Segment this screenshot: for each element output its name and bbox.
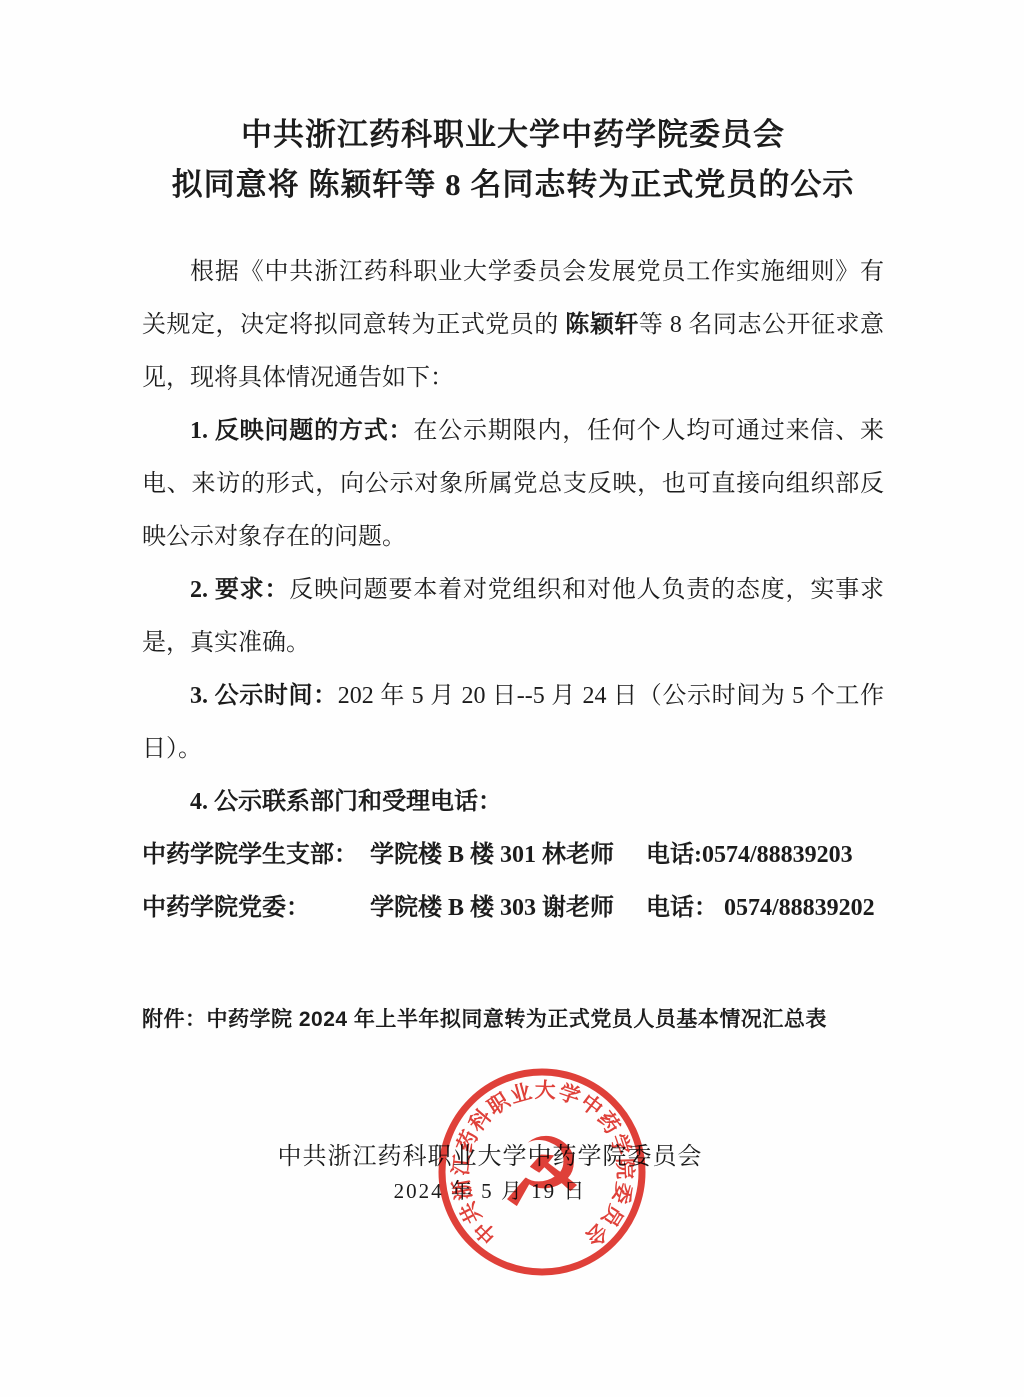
- item-3-paragraph: 3. 公示时间：202 年 5 月 20 日--5 月 24 日（公示时间为 5…: [142, 670, 884, 776]
- item-3-label: 3. 公示时间：: [190, 683, 338, 709]
- document-title-line1: 中共浙江药科职业大学中药学院委员会: [142, 110, 884, 160]
- contact-phone: 电话:0574/88839203: [646, 829, 884, 882]
- document-page: 中共浙江药科职业大学中药学院委员会 拟同意将 陈颖轩等 8 名同志转为正式党员的…: [0, 0, 1024, 1397]
- signature-block: 中共浙江药科职业大学中药学院委员会 2024 年 5 月 19 日: [190, 1140, 790, 1208]
- contact-location: 学院楼 B 楼 303 谢老师: [370, 882, 646, 935]
- item-1-paragraph: 1. 反映问题的方式：在公示期限内，任何个人均可通过来信、来电、来访的形式，向公…: [142, 405, 884, 564]
- contact-row-student-branch: 中药学院学生支部： 学院楼 B 楼 301 林老师 电话:0574/888392…: [142, 829, 884, 882]
- item-4-label: 4. 公示联系部门和受理电话：: [190, 789, 502, 815]
- contact-department: 中药学院学生支部：: [142, 829, 370, 882]
- document-body: 根据《中共浙江药科职业大学委员会发展党员工作实施细则》有关规定，决定将拟同意转为…: [142, 246, 884, 1035]
- attachment-note: 附件：中药学院 2024 年上半年拟同意转为正式党员人员基本情况汇总表: [142, 1005, 884, 1035]
- item-2-paragraph: 2. 要求：反映问题要本着对党组织和对他人负责的态度，实事求是，真实准确。: [142, 564, 884, 670]
- contact-location: 学院楼 B 楼 301 林老师: [370, 829, 646, 882]
- contact-row-party-committee: 中药学院党委： 学院楼 B 楼 303 谢老师 电话： 0574/8883920…: [142, 882, 884, 935]
- document-content: 中共浙江药科职业大学中药学院委员会 拟同意将 陈颖轩等 8 名同志转为正式党员的…: [142, 110, 884, 1035]
- signature-date: 2024 年 5 月 19 日: [190, 1174, 790, 1208]
- intro-paragraph: 根据《中共浙江药科职业大学委员会发展党员工作实施细则》有关规定，决定将拟同意转为…: [142, 246, 884, 405]
- item-2-label: 2. 要求：: [190, 577, 289, 603]
- signature-organization: 中共浙江药科职业大学中药学院委员会: [190, 1140, 790, 1174]
- item-4-paragraph: 4. 公示联系部门和受理电话：: [142, 776, 884, 829]
- highlighted-name: 陈颖轩: [565, 312, 639, 338]
- document-title-line2: 拟同意将 陈颖轩等 8 名同志转为正式党员的公示: [142, 160, 884, 210]
- contact-phone: 电话： 0574/88839202: [646, 882, 884, 935]
- contact-department: 中药学院党委：: [142, 882, 370, 935]
- item-1-label: 1. 反映问题的方式：: [190, 418, 413, 444]
